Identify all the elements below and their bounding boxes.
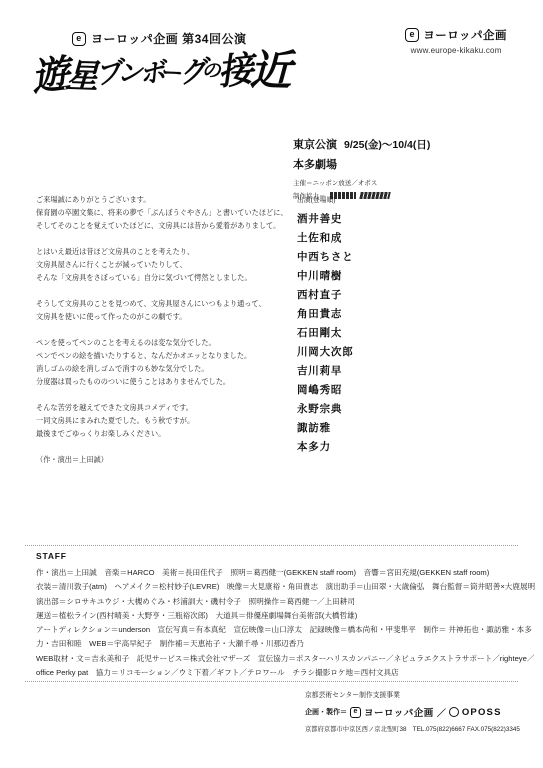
greeting-line (36, 323, 298, 336)
cast-list: 出演(登場順) 酒井善史土佐和成中西ちさと中川晴樹西村直子角田貴志石田剛太川岡大… (297, 194, 354, 457)
cast-member: 吉川莉早 (297, 362, 354, 381)
greeting-text: ご来場誠にありがとうございます。保育園の卒園文集に、将来の夢で「ぶんぼうぐやさん… (36, 193, 298, 466)
greeting-line: そうして文房具のことを見つめて、文房具屋さんにいつもより通って、 (36, 297, 298, 310)
performance-dates: 9/25(金)〜10/4(日) (344, 137, 430, 152)
dotted-divider-bottom (25, 681, 518, 682)
greeting-line: 文房具を使いに使って作ったのがこの劇です。 (36, 310, 298, 323)
staff-credit-line: 運送＝植松ライン(西村晴美・大野亨・三瓶裕次郎) 大道具＝俳優座劇場舞台美術部(… (36, 609, 520, 623)
company-address: 京都府京都市中京区西ノ京北聖町38 TEL.075(822)6667 FAX.0… (305, 724, 520, 733)
production-label-text: ヨーロッパ企画 第34回公演 (91, 30, 246, 47)
oposs-logo-icon (449, 707, 459, 717)
company-name: ヨーロッパ企画 (423, 27, 507, 43)
planning-partner: OPOSS (462, 707, 502, 718)
greeting-line: ご来場誠にありがとうございます。 (36, 193, 298, 206)
greeting-line: （作・演出＝上田誠） (36, 453, 298, 466)
cast-member: 酒井善史 (297, 210, 354, 229)
greeting-line (36, 284, 298, 297)
cast-member: 川岡大次郎 (297, 343, 354, 362)
staff-credit-line: 演出部＝シロサキユウジ・大槻めぐみ・杉浦訓大・磯村令子 照明操作＝葛西健一／上田… (36, 595, 520, 609)
flyer-page: e ヨーロッパ企画 第34回公演 遊星ブンボーグの接近 遊星ブンボーグの接近 e… (0, 0, 543, 768)
greeting-line (36, 440, 298, 453)
staff-credit-line: 力・吉田和睦 WEB＝宇高早紀子 制作補＝天恵祐子・大瀬千尋・川那辺香乃 (36, 637, 520, 651)
cast-heading: 出演(登場順) (297, 194, 354, 204)
cast-member: 西村直子 (297, 286, 354, 305)
greeting-line: 分度器は買ったもののついに使うことはありませんでした。 (36, 375, 298, 388)
greeting-line (36, 232, 298, 245)
europe-kikaku-emark-icon: e (72, 32, 86, 46)
cast-member: 石田剛太 (297, 324, 354, 343)
company-brand: e ヨーロッパ企画 www.europe-kikaku.com (405, 27, 507, 55)
europe-kikaku-emark-icon: e (350, 707, 361, 718)
footer-credits: 京都芸術センター制作支援事業 企画・製作＝ e ヨーロッパ企画 ／ OPOSS … (305, 689, 520, 733)
production-label: e ヨーロッパ企画 第34回公演 (72, 30, 246, 47)
title-logo: 遊星ブンボーグの接近 (33, 50, 260, 120)
staff-section: STAFF 作・演出＝上田誠 音楽＝HARCO 美術＝長田佳代子 照明＝葛西健一… (36, 551, 520, 680)
dotted-divider-top (25, 545, 518, 546)
greeting-line: 保育園の卒園文集に、将来の夢で「ぶんぼうぐやさん」と書いていたほどに、 (36, 206, 298, 219)
performance-organizer: 主催＝ニッポン放送／オポス (293, 178, 430, 187)
greeting-line: とはいえ最近は昔ほど文房具のことを考えたり、 (36, 245, 298, 258)
cast-member: 岡嶋秀昭 (297, 381, 354, 400)
greeting-line: そんな苦労を越えてできた文房具コメディです。 (36, 401, 298, 414)
planning-separator: ／ (437, 706, 446, 719)
greeting-line: そしてそのことを覚えていたほどに、文房具には昔から愛着がありまして。 (36, 219, 298, 232)
staff-credit-line: 作・演出＝上田誠 音楽＝HARCO 美術＝長田佳代子 照明＝葛西健一(GEKKE… (36, 566, 520, 580)
performance-venue: 本多劇場 (293, 156, 430, 172)
greeting-line: 一同文房具にまみれた夏でした。もう秋ですが。 (36, 414, 298, 427)
planning-company: ヨーロッパ企画 (364, 705, 434, 719)
cast-member: 中西ちさと (297, 248, 354, 267)
cast-member: 諏訪雅 (297, 419, 354, 438)
production-partner-logo-2-icon (359, 192, 390, 199)
cast-member: 永野宗典 (297, 400, 354, 419)
staff-credit-line: WEB取材・文＝吉永美和子 託児サービス＝株式会社マザーズ 宣伝協力＝ポスターハ… (36, 652, 520, 666)
support-program-note: 京都芸術センター制作支援事業 (305, 689, 520, 699)
planning-label: 企画・製作＝ (305, 707, 347, 717)
greeting-line: 消しゴムの絵を消しゴムで消すのも妙な気分でした。 (36, 362, 298, 375)
greeting-line (36, 388, 298, 401)
greeting-line: ペンを使ってペンのことを考えるのは変な気分でした。 (36, 336, 298, 349)
cast-member: 角田貴志 (297, 305, 354, 324)
staff-credit-line: アートディレクション＝underson 宣伝写真＝有本真紀 宣伝映像＝山口淳太 … (36, 623, 520, 637)
greeting-line: そんな「文房具をさぼっている」自分に気づいて愕然としました。 (36, 271, 298, 284)
company-website: www.europe-kikaku.com (405, 46, 507, 55)
greeting-line: 最後までごゆっくりお楽しみください。 (36, 427, 298, 440)
performance-info: 東京公演 9/25(金)〜10/4(日) 本多劇場 主催＝ニッポン放送／オポス … (293, 136, 430, 200)
staff-credit-line: 衣装＝清川敦子(atm) ヘアメイク＝松村妙子(LEVRE) 映像＝大見康裕・角… (36, 580, 520, 594)
staff-heading: STAFF (36, 551, 520, 561)
performance-city: 東京公演 (293, 136, 337, 152)
cast-member: 本多力 (297, 438, 354, 457)
greeting-line: ペンでペンの絵を描いたりすると、なんだかオエッとなりました。 (36, 349, 298, 362)
greeting-line: 文房具屋さんに行くことが減っていたりして、 (36, 258, 298, 271)
europe-kikaku-emark-icon: e (405, 28, 419, 42)
cast-member: 中川晴樹 (297, 267, 354, 286)
cast-member: 土佐和成 (297, 229, 354, 248)
staff-credit-line: office Perky pat 協力＝リコモーション／ウミ下着／ギフト／テロワ… (36, 666, 520, 680)
